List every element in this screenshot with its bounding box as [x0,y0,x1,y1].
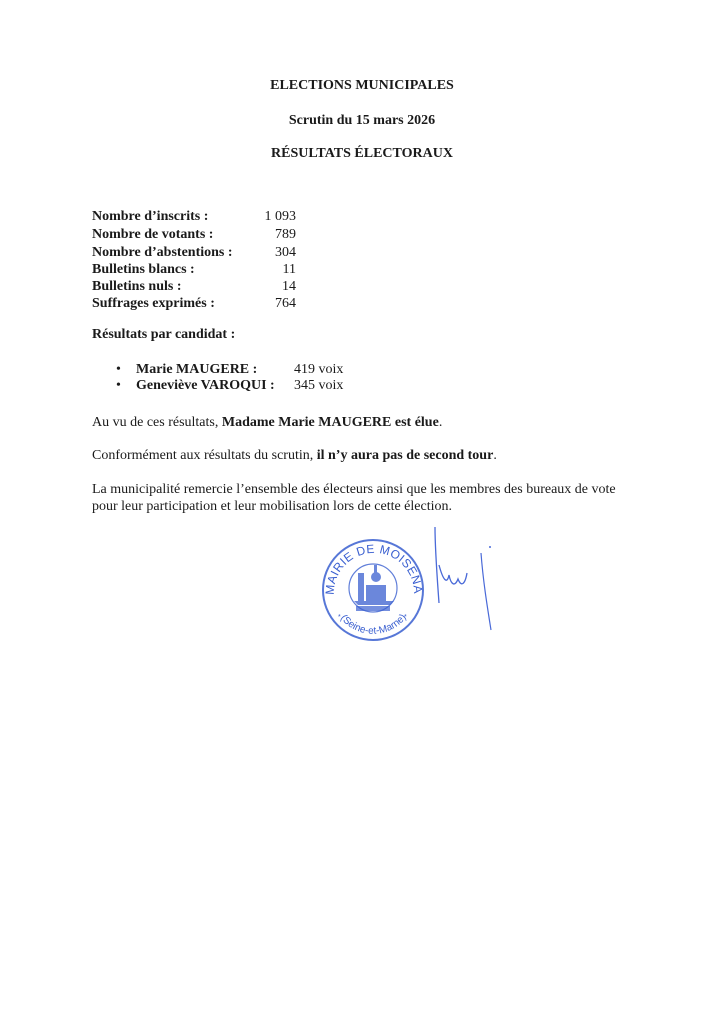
elected-statement: Au vu de ces résultats, Madame Marie MAU… [92,414,442,431]
stat-label: Nombre d’inscrits : [92,209,208,225]
stat-label: Suffrages exprimés : [92,296,215,312]
stat-value: 789 [275,227,296,243]
elected-name: Madame Marie MAUGERE est élue [222,415,439,430]
bullet-icon: • [116,378,121,394]
bullet-icon: • [116,362,121,378]
second-round-prefix: Conformément aux résultats du scrutin, [92,448,317,463]
stat-value: 11 [283,262,296,278]
stat-value: 14 [282,279,296,295]
candidate-votes: 419 voix [294,362,343,378]
section-title: RÉSULTATS ÉLECTORAUX [0,146,724,162]
stat-label: Bulletins nuls : [92,279,181,295]
document-title: ELECTIONS MUNICIPALES [0,78,724,94]
candidate-votes: 345 voix [294,378,343,394]
stat-value: 764 [275,296,296,312]
stat-label: Nombre de votants : [92,227,213,243]
mairie-seal-stamp: MAIRIE DE MOISENAY (Seine-et-Marne) * * [318,535,428,645]
candidate-name: Geneviève VAROQUI : [136,378,275,394]
marianne-emblem-icon [354,565,394,605]
svg-text:*: * [404,614,407,621]
second-round-bold: il n’y aura pas de second tour [317,448,494,463]
candidate-name: Marie MAUGERE : [136,362,257,378]
stat-value: 1 093 [265,209,297,225]
signature-mark [425,525,505,635]
second-round-statement: Conformément aux résultats du scrutin, i… [92,447,497,464]
stat-label: Bulletins blancs : [92,262,195,278]
stat-label: Nombre d’abstentions : [92,245,233,261]
elected-suffix: . [439,415,443,430]
stat-value: 304 [275,245,296,261]
elected-prefix: Au vu de ces résultats, [92,415,222,430]
thanks-paragraph: La municipalité remercie l’ensemble des … [92,481,637,515]
election-date: Scrutin du 15 mars 2026 [0,113,724,129]
svg-text:*: * [338,614,341,621]
results-heading: Résultats par candidat : [92,327,235,343]
second-round-suffix: . [493,448,497,463]
